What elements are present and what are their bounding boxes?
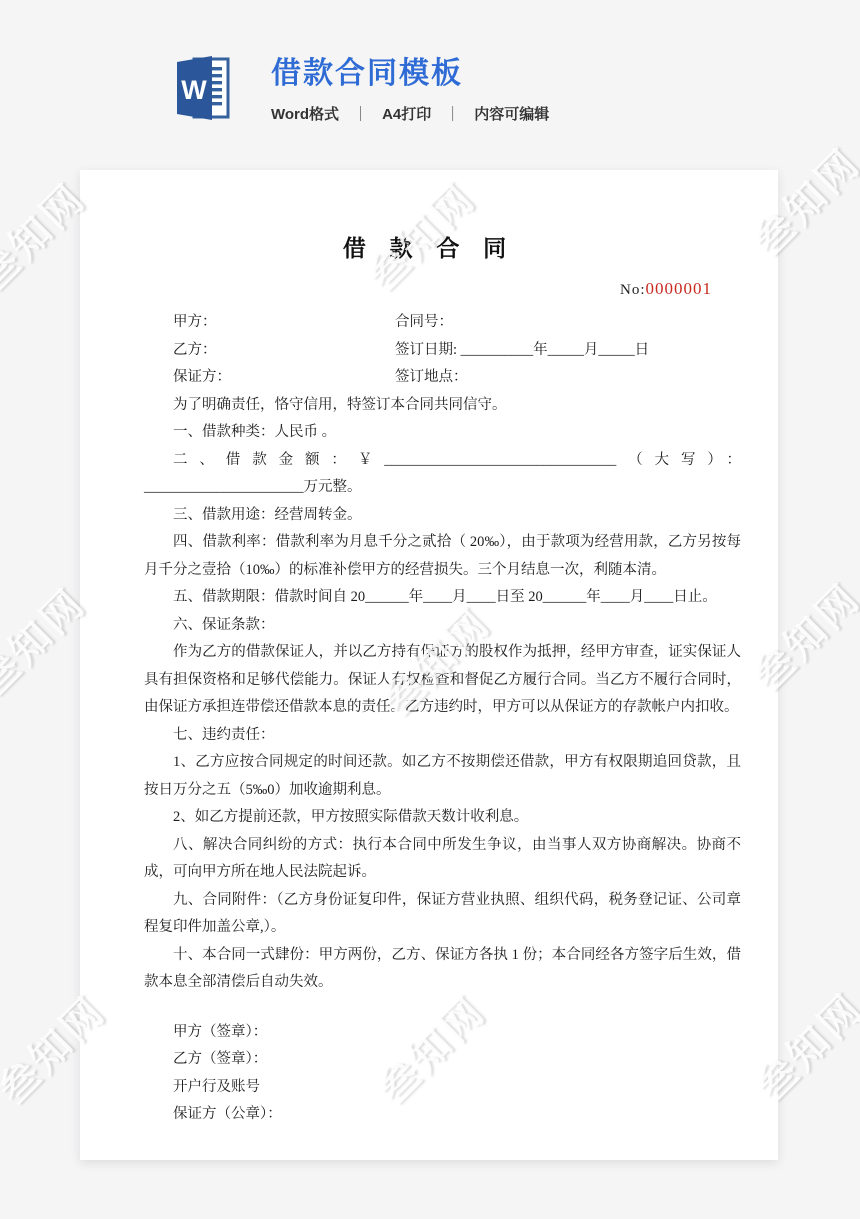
badge-editable: 内容可编辑 [474,103,549,124]
clause-5: 五、借款期限：借款时间自 20______年____月____日至 20____… [144,584,741,612]
party-row-jiafang: 甲方： 合同号： [144,309,741,337]
contract-title: 借 款 合 同 [80,170,778,263]
svg-text:W: W [181,75,207,105]
party-b-label: 乙方： [173,337,395,365]
clause-3: 三、借款用途：经营周转金。 [144,502,741,530]
contract-body: 甲方： 合同号： 乙方： 签订日期: __________年_____月____… [80,303,778,1129]
party-row-baozhengfang: 保证方： 签订地点： [144,364,741,392]
template-preview-page: { "header": { "title": "借款合同模板", "title_… [0,0,860,1219]
intro-paragraph: 为了明确责任，恪守信用，特签订本合同共同信守。 [144,392,741,420]
page-title: 借款合同模板 [271,57,549,91]
clause-1: 一、借款种类：人民币 。 [144,419,741,447]
clause-2: 二、借款金额：￥________________________________… [144,447,741,502]
header-text: 借款合同模板 Word格式 ｜ A4打印 ｜ 内容可编辑 [271,55,549,124]
clause-9: 九、合同附件：（乙方身份证复印件，保证方营业执照、组织代码，税务登记证、公司章程… [144,887,741,942]
badge-a4-print: A4打印 [382,103,431,124]
guarantee-paragraph: 作为乙方的借款保证人，并以乙方持有保证方的股权作为抵押，经甲方审查，证实保证人具… [144,639,741,722]
clause-4: 四、借款利率：借款利率为月息千分之贰拾（ 20‰），由于款项为经营用款，乙方另按… [144,529,741,584]
format-badges: Word格式 ｜ A4打印 ｜ 内容可编辑 [271,103,549,124]
party-row-yifang: 乙方： 签订日期: __________年_____月_____日 [144,337,741,365]
signature-guarantor: 保证方（公章）： [144,1101,741,1129]
signature-party-a: 甲方（签章）： [144,1019,741,1047]
clause-8: 八、解决合同纠纷的方式：执行本合同中所发生争议，由当事人双方协商解决。协商不成，… [144,832,741,887]
contract-number-label: No: [620,282,646,298]
signature-gap [144,997,741,1019]
header: W 借款合同模板 Word格式 ｜ A4打印 ｜ 内容可编辑 [173,55,549,124]
clause-7: 七、违约责任： [144,722,741,750]
party-a-label: 甲方： [173,309,395,337]
contract-no-field: 合同号： [395,309,741,337]
clause-7-item-1: 1、乙方应按合同规定的时间还款。如乙方不按期偿还借款，甲方有权限期追回贷款，且按… [144,749,741,804]
clause-10: 十、本合同一式肆份：甲方两份，乙方、保证方各执 1 份；本合同经各方签字后生效，… [144,942,741,997]
contract-number-value: 0000001 [646,279,713,298]
guarantor-label: 保证方： [173,364,395,392]
separator: ｜ [353,103,368,124]
clause-6: 六、保证条款： [144,612,741,640]
contract-number: No:0000001 [80,263,778,303]
document-page: 借 款 合 同 No:0000001 甲方： 合同号： 乙方： 签订日期: __… [80,170,778,1160]
separator: ｜ [445,103,460,124]
bank-account-line: 开户行及账号 [144,1074,741,1102]
badge-word-format: Word格式 [271,103,339,124]
clause-7-item-2: 2、如乙方提前还款，甲方按照实际借款天数计收利息。 [144,804,741,832]
sign-place-field: 签订地点： [395,364,741,392]
word-file-icon: W [173,55,231,121]
signature-party-b: 乙方（签章）： [144,1046,741,1074]
sign-date-field: 签订日期: __________年_____月_____日 [395,337,741,365]
